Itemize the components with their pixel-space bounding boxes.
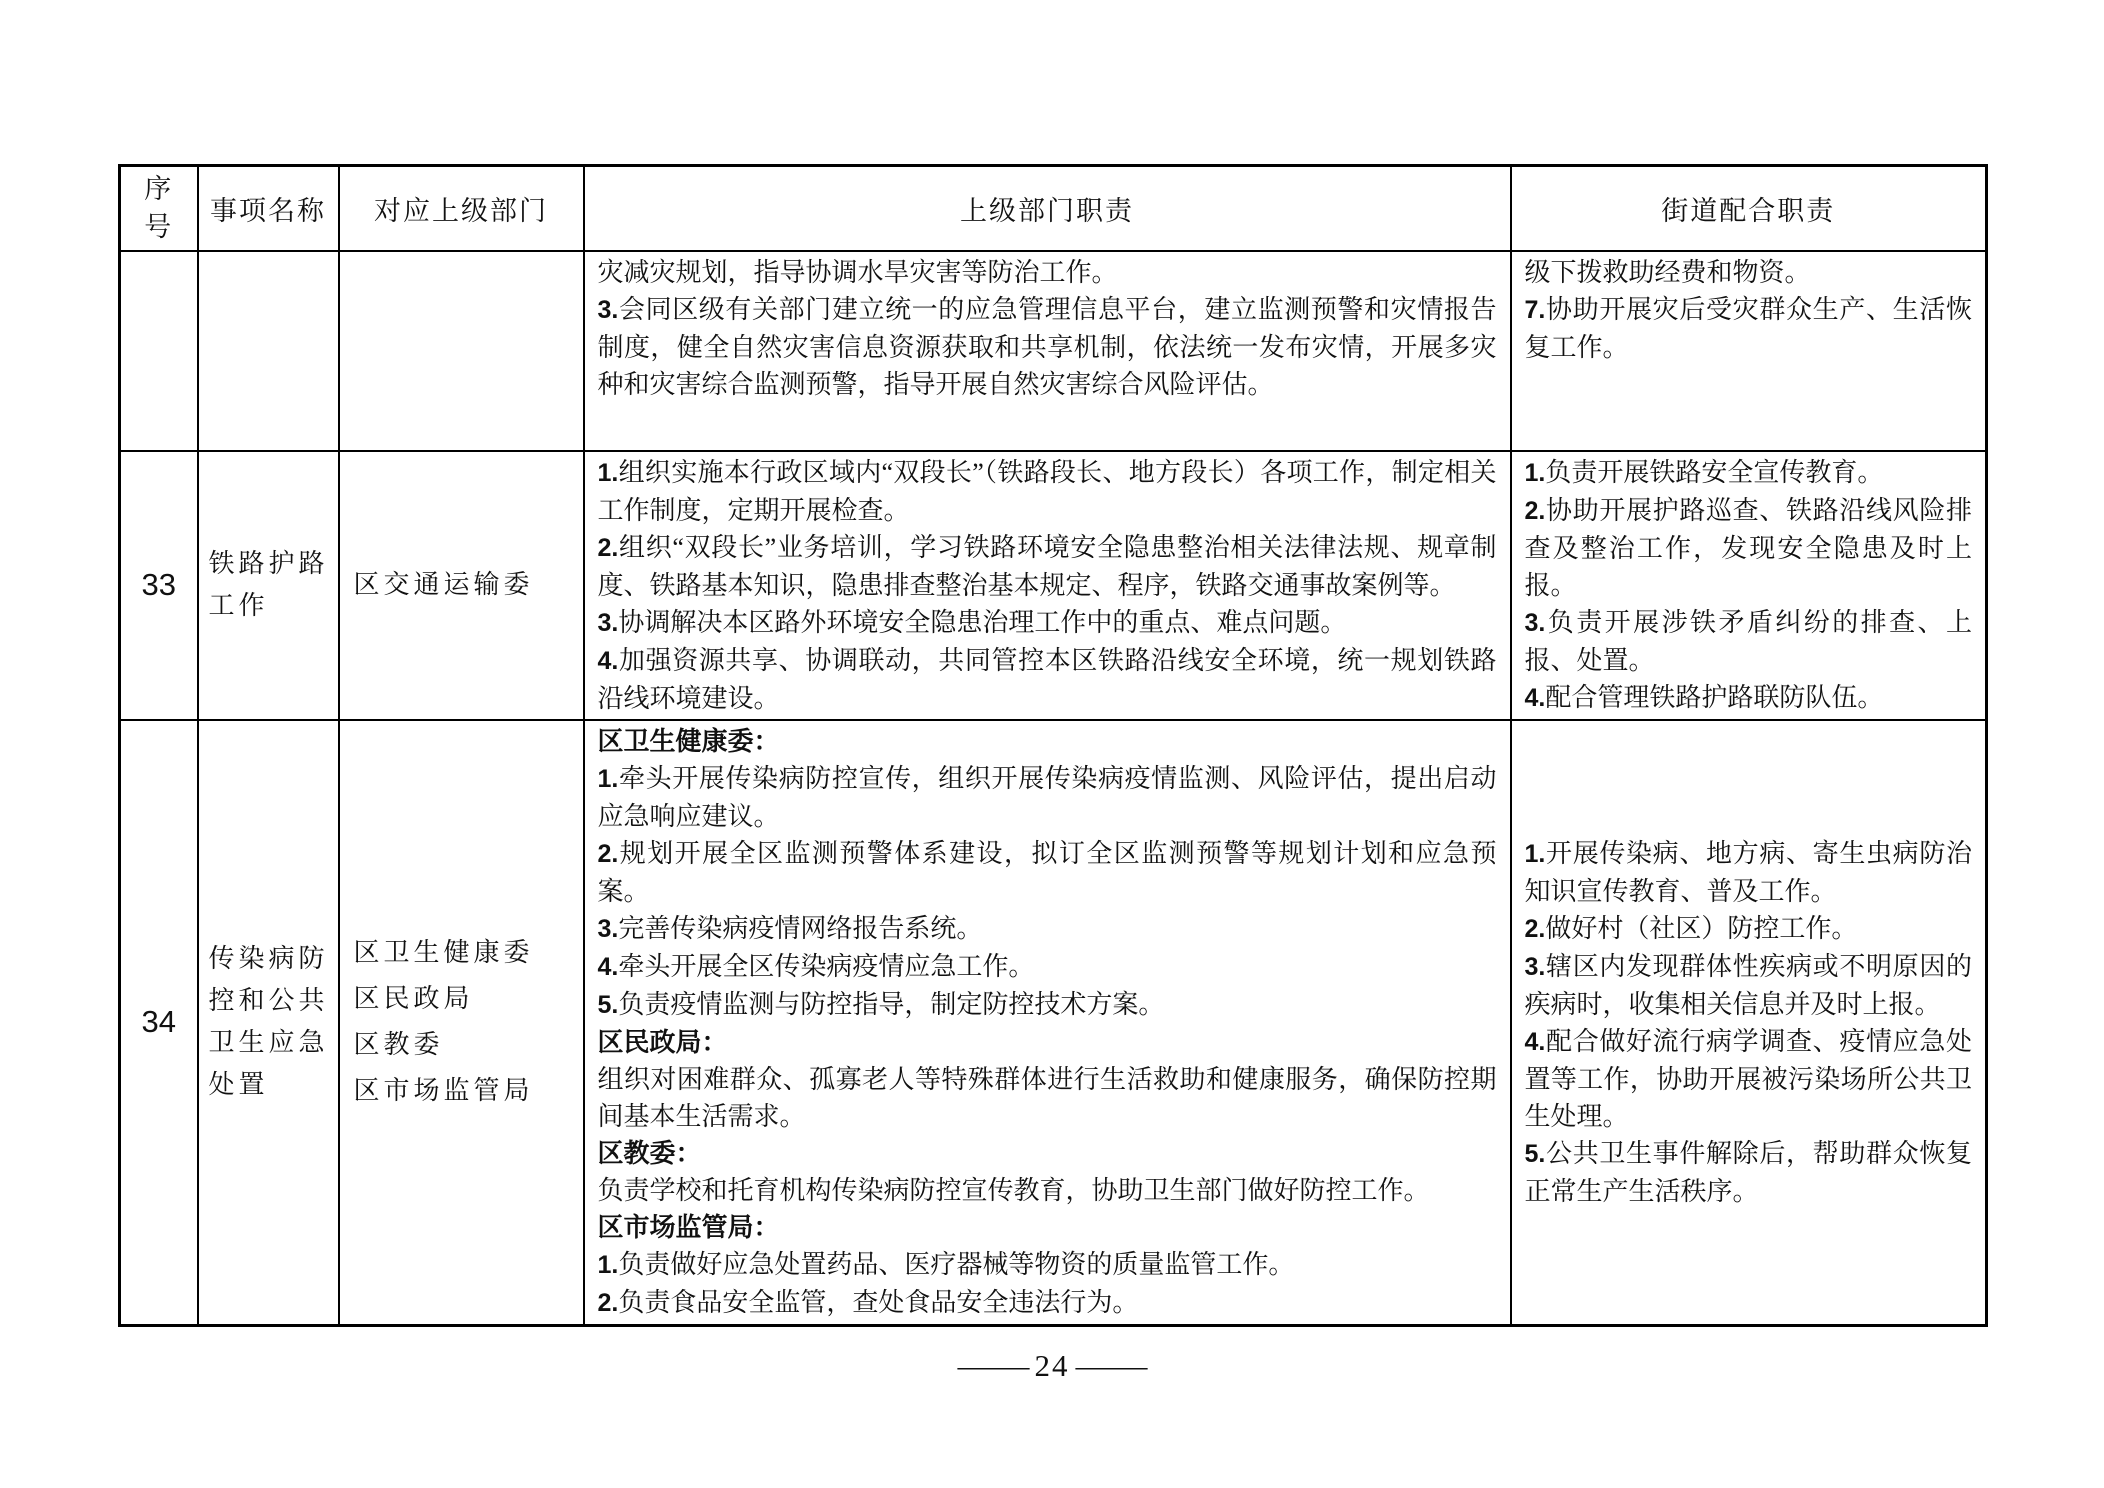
row-number-cell [120, 251, 198, 451]
header-superior-duties: 上级部门职责 [584, 166, 1511, 251]
duty-paragraph: 3.辖区内发现群体性疾病或不明原因的疾病时，收集相关信息并及时上报。 [1525, 948, 1973, 1023]
list-number: 2. [598, 534, 619, 562]
duty-paragraph: 1.牵头开展传染病防控宣传，组织开展传染病疫情监测、风险评估，提出启动应急响应建… [598, 760, 1497, 835]
item-name-cell: 传染病防控和公共卫生应急处置 [198, 720, 339, 1326]
superior-duties-cell: 灾减灾规划，指导协调水旱灾害等防治工作。 3.会同区级有关部门建立统一的应急管理… [584, 251, 1511, 451]
department-heading: 区卫生健康委： [598, 723, 1497, 760]
department-name: 区市场监管局 [354, 1068, 573, 1114]
list-number: 2. [1525, 497, 1546, 525]
duty-paragraph: 1.组织实施本行政区域内“双段长”（铁路段长、地方段长）各项工作，制定相关工作制… [598, 454, 1497, 529]
superior-department-cell [339, 251, 584, 451]
list-number: 3. [598, 915, 619, 943]
duties-table: 序号 事项名称 对应上级部门 上级部门职责 街道配合职责 灾减灾规划，指导协调水… [118, 164, 1988, 1327]
row-number-cell: 33 [120, 451, 198, 720]
list-number: 3. [598, 296, 619, 324]
list-number: 3. [1525, 953, 1546, 981]
list-number: 4. [598, 647, 619, 675]
duty-paragraph: 3.负责开展涉铁矛盾纠纷的排查、上报、处置。 [1525, 604, 1973, 679]
superior-duties-cell: 1.组织实施本行政区域内“双段长”（铁路段长、地方段长）各项工作，制定相关工作制… [584, 451, 1511, 720]
item-name-cell [198, 251, 339, 451]
duty-paragraph: 7.协助开展灾后受灾群众生产、生活恢复工作。 [1525, 291, 1973, 366]
duty-paragraph: 3.协调解决本区路外环境安全隐患治理工作中的重点、难点问题。 [598, 604, 1497, 642]
duty-paragraph: 4.牵头开展全区传染病疫情应急工作。 [598, 948, 1497, 986]
duty-paragraph: 1.负责做好应急处置药品、医疗器械等物资的质量监管工作。 [598, 1246, 1497, 1284]
header-street-duties: 街道配合职责 [1511, 166, 1987, 251]
superior-department-cell: 区交通运输委 [339, 451, 584, 720]
item-name-cell: 铁路护路工作 [198, 451, 339, 720]
list-number: 1. [1525, 840, 1546, 868]
duty-paragraph: 4.配合管理铁路护路联防队伍。 [1525, 679, 1973, 717]
duty-paragraph: 组织对困难群众、孤寡老人等特殊群体进行生活救助和健康服务，确保防控期间基本生活需… [598, 1061, 1497, 1135]
list-number: 7. [1525, 296, 1546, 324]
footer-dash-left: — [957, 1348, 1028, 1384]
list-number: 3. [598, 609, 619, 637]
duty-paragraph: 负责学校和托育机构传染病防控宣传教育，协助卫生部门做好防控工作。 [598, 1172, 1497, 1209]
row-number-cell: 34 [120, 720, 198, 1326]
duty-paragraph: 2.负责食品安全监管，查处食品安全违法行为。 [598, 1284, 1497, 1322]
department-heading: 区民政局： [598, 1024, 1497, 1061]
table-row-33: 33 铁路护路工作 区交通运输委 1.组织实施本行政区域内“双段长”（铁路段长、… [120, 451, 1987, 720]
header-serial-number-label: 序号 [142, 170, 176, 246]
duty-paragraph: 1.开展传染病、地方病、寄生虫病防治知识宣传教育、普及工作。 [1525, 835, 1973, 910]
street-duties-cell: 1.开展传染病、地方病、寄生虫病防治知识宣传教育、普及工作。 2.做好村（社区）… [1511, 720, 1987, 1326]
duty-paragraph: 1.负责开展铁路安全宣传教育。 [1525, 454, 1973, 492]
duty-paragraph: 级下拨救助经费和物资。 [1525, 254, 1973, 291]
table-row-34: 34 传染病防控和公共卫生应急处置 区卫生健康委 区民政局 区教委 区市场监管局… [120, 720, 1987, 1326]
page-number: 24 [1035, 1348, 1070, 1383]
superior-duties-cell: 区卫生健康委： 1.牵头开展传染病防控宣传，组织开展传染病疫情监测、风险评估，提… [584, 720, 1511, 1326]
duty-paragraph: 2.协助开展护路巡查、铁路沿线风险排查及整治工作，发现安全隐患及时上报。 [1525, 492, 1973, 604]
table-header-row: 序号 事项名称 对应上级部门 上级部门职责 街道配合职责 [120, 166, 1987, 251]
duty-paragraph: 4.配合做好流行病学调查、疫情应急处置等工作，协助开展被污染场所公共卫生处理。 [1525, 1023, 1973, 1135]
street-duties-cell: 级下拨救助经费和物资。 7.协助开展灾后受灾群众生产、生活恢复工作。 [1511, 251, 1987, 451]
department-name: 区民政局 [354, 976, 573, 1022]
header-serial-number: 序号 [120, 166, 198, 251]
duty-paragraph: 4.加强资源共享、协调联动，共同管控本区铁路沿线安全环境，统一规划铁路沿线环境建… [598, 642, 1497, 717]
department-name: 区卫生健康委 [354, 930, 573, 976]
department-name: 区交通运输委 [354, 562, 573, 608]
street-duties-cell: 1.负责开展铁路安全宣传教育。 2.协助开展护路巡查、铁路沿线风险排查及整治工作… [1511, 451, 1987, 720]
list-number: 2. [598, 840, 619, 868]
list-number: 1. [1525, 459, 1546, 487]
duty-paragraph: 灾减灾规划，指导协调水旱灾害等防治工作。 [598, 254, 1497, 291]
list-number: 1. [598, 459, 619, 487]
list-number: 4. [1525, 684, 1546, 712]
duty-paragraph: 5.负责疫情监测与防控指导，制定防控技术方案。 [598, 986, 1497, 1024]
page-footer: —24— [0, 1348, 2104, 1384]
duty-paragraph: 5.公共卫生事件解除后，帮助群众恢复正常生产生活秩序。 [1525, 1135, 1973, 1210]
department-heading: 区教委： [598, 1135, 1497, 1172]
department-name: 区教委 [354, 1022, 573, 1068]
superior-department-cell: 区卫生健康委 区民政局 区教委 区市场监管局 [339, 720, 584, 1326]
list-number: 1. [598, 1251, 619, 1279]
list-number: 2. [598, 1289, 619, 1317]
header-superior-department: 对应上级部门 [339, 166, 584, 251]
list-number: 5. [598, 991, 619, 1019]
duty-paragraph: 3.会同区级有关部门建立统一的应急管理信息平台，建立监测预警和灾情报告制度，健全… [598, 291, 1497, 403]
list-number: 4. [598, 953, 619, 981]
list-number: 1. [598, 765, 619, 793]
duty-paragraph: 2.做好村（社区）防控工作。 [1525, 910, 1973, 948]
header-item-name: 事项名称 [198, 166, 339, 251]
duty-paragraph: 3.完善传染病疫情网络报告系统。 [598, 910, 1497, 948]
duty-paragraph: 2.规划开展全区监测预警体系建设，拟订全区监测预警等规划计划和应急预案。 [598, 835, 1497, 910]
document-page: 序号 事项名称 对应上级部门 上级部门职责 街道配合职责 灾减灾规划，指导协调水… [0, 0, 2104, 1488]
duty-paragraph: 2.组织“双段长”业务培训，学习铁路环境安全隐患整治相关法律法规、规章制度、铁路… [598, 529, 1497, 604]
department-heading: 区市场监管局： [598, 1209, 1497, 1246]
list-number: 3. [1525, 609, 1546, 637]
list-number: 4. [1525, 1028, 1546, 1056]
list-number: 2. [1525, 915, 1546, 943]
list-number: 5. [1525, 1140, 1546, 1168]
footer-dash-right: — [1075, 1348, 1146, 1384]
table-row-continuation: 灾减灾规划，指导协调水旱灾害等防治工作。 3.会同区级有关部门建立统一的应急管理… [120, 251, 1987, 451]
